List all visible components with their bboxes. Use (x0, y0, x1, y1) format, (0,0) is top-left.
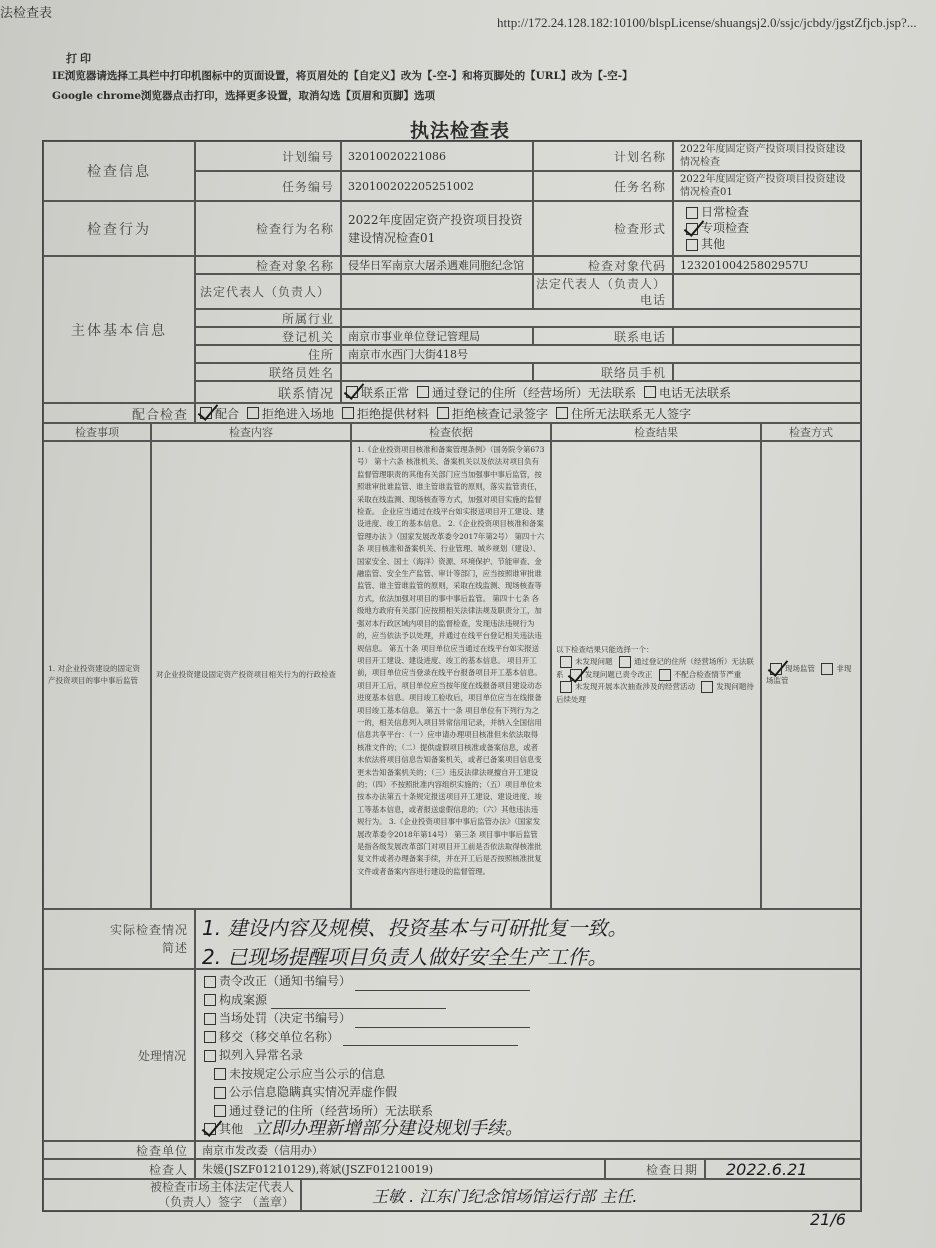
section-inspection-action: 检查行为 (43, 201, 195, 256)
document-title: 执法检查表 (410, 116, 510, 143)
content-cell: 对企业投资建设固定资产投资项目相关行为的行政检查 (151, 441, 351, 909)
task-name-label: 任务名称 (533, 171, 673, 201)
handling-options: 责令改正（通知书编号） 构成案源 当场处罚（决定书编号） 移交（移交单位名称） … (195, 969, 861, 1141)
reg-authority-label: 登记机关 (195, 327, 341, 345)
actual-situation-label: 实际检查情况简述 (43, 909, 195, 969)
checkbox-method-offsite[interactable] (821, 663, 833, 675)
checkbox-special[interactable] (686, 223, 698, 235)
sub-option-not-disclosed[interactable]: 未按规定公示应当公示的信息 (200, 1065, 856, 1084)
contact-phone-value (673, 327, 861, 345)
checkbox-other[interactable] (686, 239, 698, 251)
form-option-special[interactable]: 专项检查 (682, 220, 852, 236)
item-cell: 1. 对企业投资建设的固定资产投资项目的事中事后监管 (43, 441, 151, 909)
blank-transfer-unit[interactable] (343, 1033, 518, 1046)
plan-name-label: 计划名称 (533, 141, 673, 171)
col-header-basis: 检查依据 (351, 423, 551, 441)
checkbox-false-info[interactable] (214, 1087, 226, 1099)
page-url: http://172.24.128.182:10100/blspLicense/… (497, 15, 917, 31)
handling-case-source[interactable]: 构成案源 (200, 991, 856, 1010)
checkbox-refuse-signature[interactable] (437, 407, 449, 419)
checkbox-cooperate[interactable] (200, 407, 212, 419)
checkbox-abnormal-list[interactable] (204, 1050, 216, 1062)
other-handling-note: 立即办理新增部分建设规划手续。 (253, 1120, 523, 1139)
actual-situation-text: 1. 建设内容及规模、投资基本与可研批复一致。 2. 已现场提醒项目负责人做好安… (195, 909, 861, 969)
handling-abnormal-list[interactable]: 拟列入异常名录 (200, 1046, 856, 1065)
object-code-value: 12320100425802957U (673, 256, 861, 274)
action-name-label: 检查行为名称 (195, 201, 341, 256)
inspectors-label: 检查人 (43, 1159, 195, 1179)
checkbox-result-noncooperation[interactable] (659, 669, 671, 681)
handling-other[interactable]: 其他 立即办理新增部分建设规划手续。 (200, 1120, 856, 1139)
handling-onsite-penalty[interactable]: 当场处罚（决定书编号） (200, 1009, 856, 1028)
checkbox-order-correct[interactable] (204, 976, 216, 988)
object-name-value: 侵华日军南京大屠杀遇难同胞纪念馆 (341, 256, 533, 274)
section-inspection-info: 检查信息 (43, 141, 195, 201)
basis-cell: 1.《企业投资项目核准和备案管理条例》（国务院令第673号） 第十六条 核准机关… (351, 441, 551, 909)
address-label: 住所 (195, 345, 341, 363)
signature-value: 王敏 . 江东门纪念馆场馆运行部 主任. (301, 1179, 861, 1211)
checkbox-case-source[interactable] (204, 994, 216, 1006)
industry-value (341, 309, 861, 327)
blank-notice-no[interactable] (355, 978, 530, 991)
checkbox-transfer[interactable] (204, 1031, 216, 1043)
checkbox-not-disclosed[interactable] (214, 1068, 226, 1080)
checkbox-other-handling[interactable] (204, 1123, 216, 1135)
col-header-content: 检查内容 (151, 423, 351, 441)
plan-name-value: 2022年度固定资产投资项目投资建设情况检查 (673, 141, 861, 171)
inspection-form: 检查信息 计划编号 32010020221086 计划名称 2022年度固定资产… (42, 140, 862, 1212)
inspection-form-options: 日常检查 专项检查 其他 (673, 201, 861, 256)
plan-no-label: 计划编号 (195, 141, 341, 171)
margin-handwritten-note: 21/6 (810, 1210, 846, 1229)
col-header-method: 检查方式 (761, 423, 861, 441)
checkbox-refuse-materials[interactable] (342, 407, 354, 419)
industry-label: 所属行业 (195, 309, 341, 327)
action-name-value: 2022年度固定资产投资项目投资建设情况检查01 (341, 201, 533, 256)
object-name-label: 检查对象名称 (195, 256, 341, 274)
checkbox-refuse-entry[interactable] (247, 407, 259, 419)
liaison-name-label: 联络员姓名 (195, 363, 341, 381)
checkbox-result-address-fail[interactable] (619, 656, 631, 668)
task-no-value: 320100202205251002 (341, 171, 533, 201)
checkbox-result-no-problem[interactable] (560, 656, 572, 668)
contact-status-label: 联系情况 (195, 381, 341, 403)
legal-rep-label: 法定代表人（负责人） (195, 274, 341, 309)
print-note-chrome: Google chrome浏览器点击打印，选择更多设置，取消勾选【页眉和页脚】选… (52, 88, 435, 103)
print-label: 打印 (66, 50, 94, 66)
actual-line-2: 2. 已现场提醒项目负责人做好安全生产工作。 (202, 941, 854, 969)
liaison-mobile-label: 联络员手机 (533, 363, 673, 381)
legal-phone-value (673, 274, 861, 309)
method-cell: 现场监管 非现场监管 (761, 441, 861, 909)
inspection-date-value: 2022.6.21 (705, 1159, 861, 1179)
blank-decision-no[interactable] (355, 1015, 530, 1028)
task-name-value: 2022年度固定资产投资项目投资建设情况检查01 (673, 171, 861, 201)
liaison-name-value (341, 363, 533, 381)
col-header-item: 检查事项 (43, 423, 151, 441)
contact-phone-label: 联系电话 (533, 327, 673, 345)
blank-case-source[interactable] (271, 996, 446, 1009)
checkbox-result-pending[interactable] (701, 681, 713, 693)
checkbox-method-onsite[interactable] (770, 663, 782, 675)
section-subject-info: 主体基本信息 (43, 256, 195, 403)
task-no-label: 任务编号 (195, 171, 341, 201)
checkbox-no-contact-no-sign[interactable] (556, 407, 568, 419)
legal-phone-label: 法定代表人（负责人）电话 (533, 274, 673, 309)
actual-line-1: 1. 建设内容及规模、投资基本与可研批复一致。 (202, 912, 854, 941)
inspection-unit-value: 南京市发改委（信用办） (195, 1141, 861, 1159)
cooperation-options: 配合 拒绝进入场地 拒绝提供材料 拒绝核查记录签字 住所无法联系无人签字 (195, 403, 861, 423)
form-option-routine[interactable]: 日常检查 (682, 204, 852, 220)
reg-authority-value: 南京市事业单位登记管理局 (341, 327, 533, 345)
checkbox-result-no-activity[interactable] (560, 681, 572, 693)
handling-order-correct[interactable]: 责令改正（通知书编号） (200, 972, 856, 991)
form-option-other[interactable]: 其他 (682, 236, 852, 252)
checkbox-contact-address-fail[interactable] (417, 386, 429, 398)
inspection-date-label: 检查日期 (605, 1159, 705, 1179)
inspection-form-label: 检查形式 (533, 201, 673, 256)
checkbox-contact-normal[interactable] (346, 386, 358, 398)
inspection-unit-label: 检查单位 (43, 1141, 195, 1159)
handling-transfer[interactable]: 移交（移交单位名称） (200, 1028, 856, 1047)
legal-rep-value (341, 274, 533, 309)
address-value: 南京市水西门大街418号 (341, 345, 861, 363)
signature-label: 被检查市场主体法定代表人 （负责人）签字 （盖章） (43, 1179, 301, 1211)
liaison-mobile-value (673, 363, 861, 381)
plan-no-value: 32010020221086 (341, 141, 533, 171)
result-cell: 以下检查结果只能选择一个： 未发现问题 通过登记的住所（经营场所）无法联系 发现… (551, 441, 761, 909)
handling-label: 处理情况 (43, 969, 195, 1141)
checkbox-contact-phone-fail[interactable] (644, 386, 656, 398)
col-header-result: 检查结果 (551, 423, 761, 441)
checkbox-onsite-penalty[interactable] (204, 1013, 216, 1025)
cooperation-label: 配合检查 (43, 403, 195, 423)
sub-option-false-info[interactable]: 公示信息隐瞒真实情况弄虚作假 (200, 1083, 856, 1102)
print-note-ie: IE浏览器请选择工具栏中打印机图标中的页面设置，将页眉处的【自定义】改为【-空-… (52, 68, 633, 83)
inspectors-value: 朱媛(JSZF01210129),蒋斌(JSZF01210019) (195, 1159, 605, 1179)
object-code-label: 检查对象代码 (533, 256, 673, 274)
checkbox-result-corrected[interactable] (570, 669, 582, 681)
page-tab-title: 法检查表 (0, 2, 52, 21)
contact-status-options: 联系正常 通过登记的住所（经营场所）无法联系 电话无法联系 (341, 381, 861, 403)
